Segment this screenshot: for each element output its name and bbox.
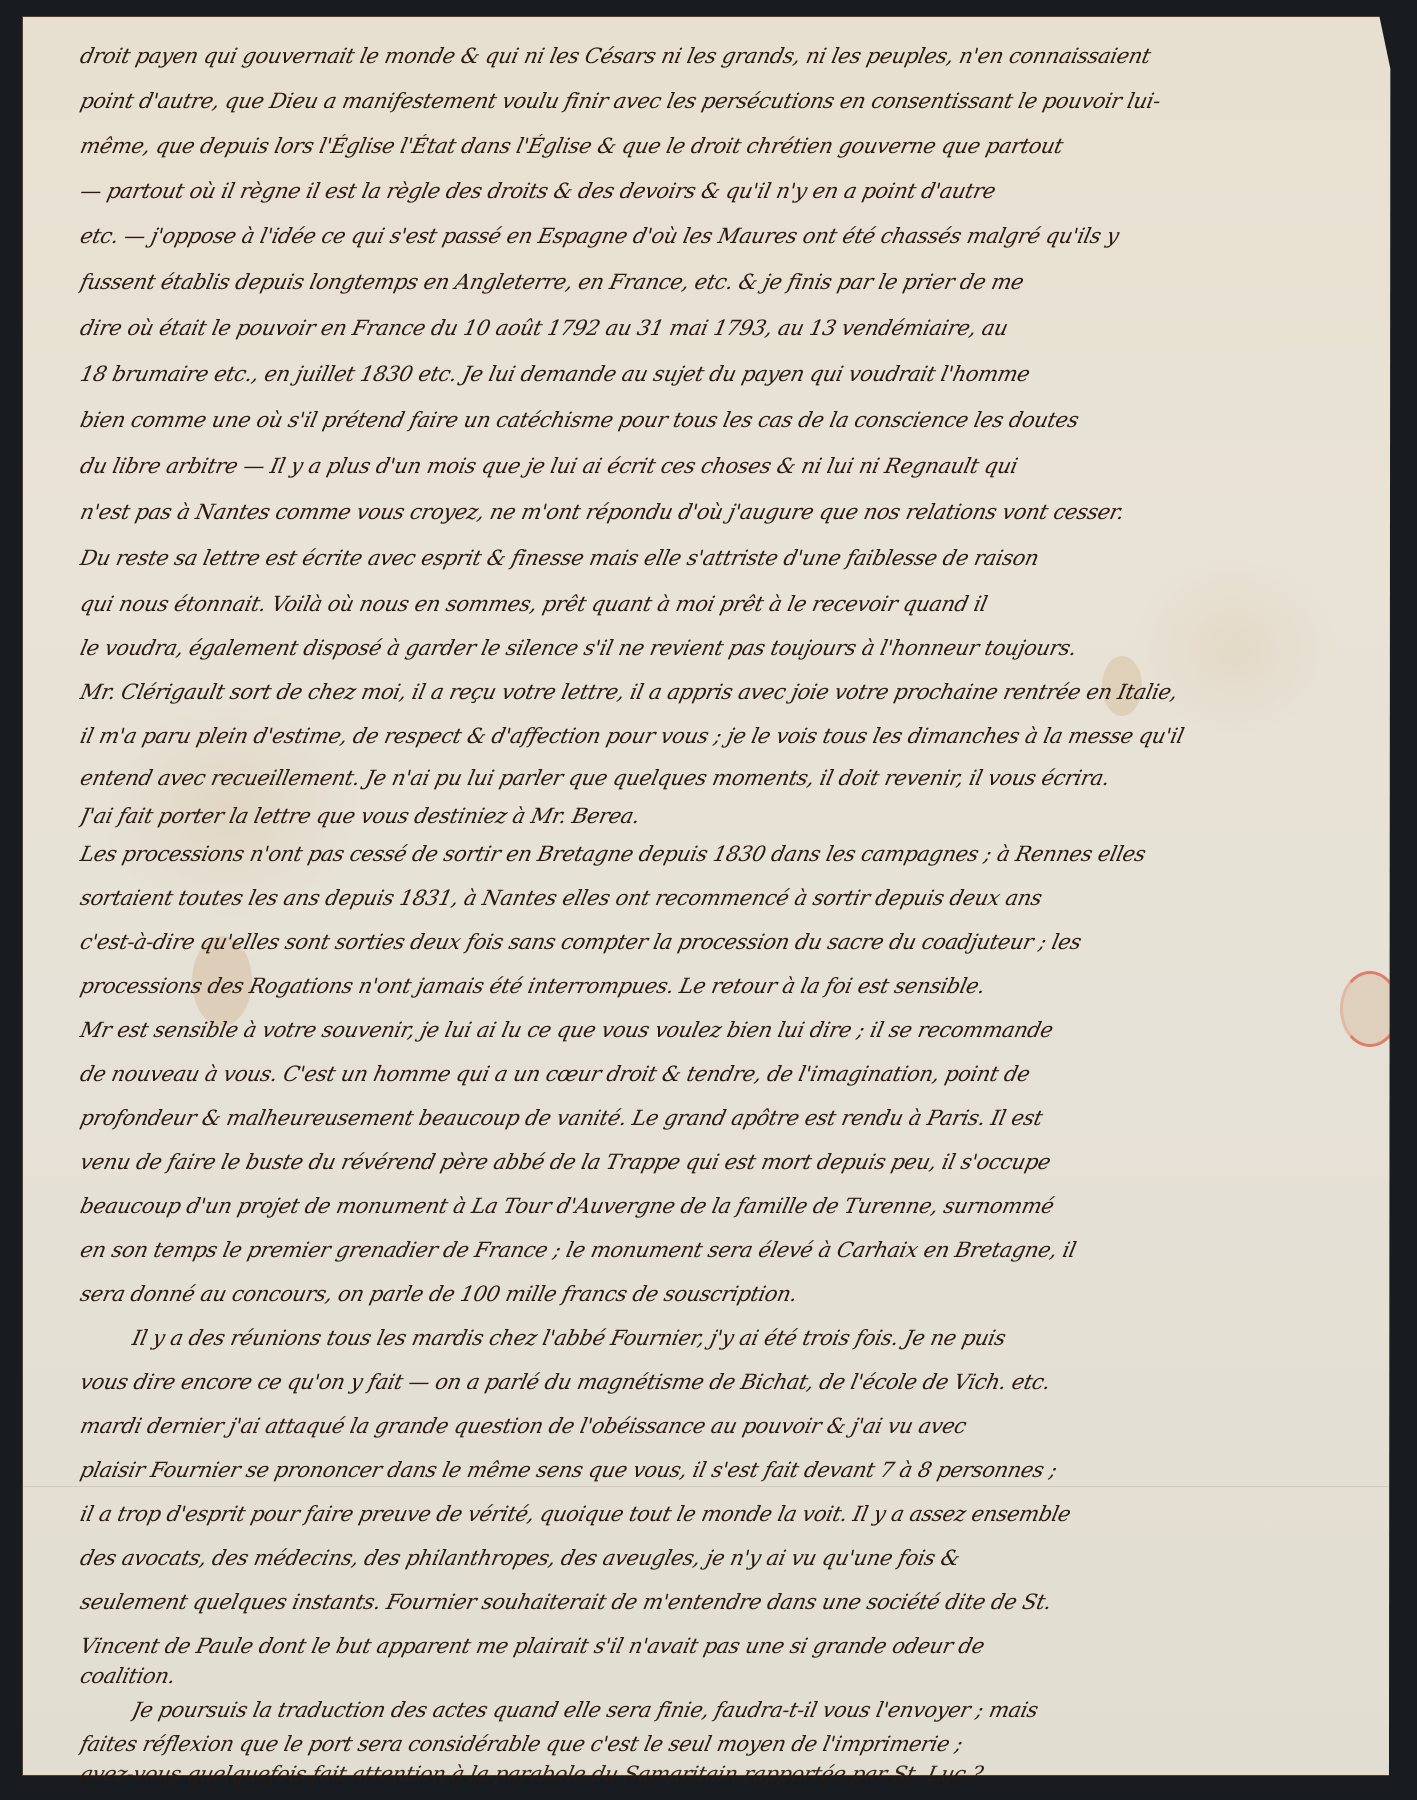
text-line: Il y a des réunions tous les mardis chez… (130, 1326, 1386, 1350)
text-line: avez-vous quelquefois fait attention à l… (78, 1762, 1386, 1786)
text-line: Du reste sa lettre est écrite avec espri… (78, 546, 1386, 570)
text-line: beaucoup d'un projet de monument à La To… (78, 1194, 1386, 1218)
text-line: sera donné au concours, on parle de 100 … (78, 1282, 1386, 1306)
text-line: vous dire encore ce qu'on y fait — on a … (78, 1370, 1386, 1394)
text-line: bien comme une où s'il prétend faire un … (78, 408, 1386, 432)
text-line: processions des Rogations n'ont jamais é… (78, 974, 1386, 998)
text-line: venu de faire le buste du révérend père … (78, 1150, 1386, 1174)
text-line: 18 brumaire etc., en juillet 1830 etc. J… (78, 362, 1386, 386)
text-line: Mr est sensible à votre souvenir, je lui… (78, 1018, 1386, 1042)
text-line: de nouveau à vous. C'est un homme qui a … (78, 1062, 1386, 1086)
text-line: sortaient toutes les ans depuis 1831, à … (78, 886, 1386, 910)
text-line: seulement quelques instants. Fournier so… (78, 1590, 1386, 1614)
text-line: J'ai fait porter la lettre que vous dest… (78, 804, 1386, 828)
text-line: mardi dernier j'ai attaqué la grande que… (78, 1414, 1386, 1438)
text-line: en son temps le premier grenadier de Fra… (78, 1238, 1386, 1262)
text-line: Les processions n'ont pas cessé de sorti… (78, 842, 1386, 866)
text-line: des avocats, des médecins, des philanthr… (78, 1546, 1386, 1570)
text-line: dire où était le pouvoir en France du 10… (78, 316, 1386, 340)
text-line: Vincent de Paule dont le but apparent me… (78, 1634, 1386, 1658)
text-line: c'est-à-dire qu'elles sont sorties deux … (78, 930, 1386, 954)
text-line: fussent établis depuis longtemps en Angl… (78, 270, 1386, 294)
text-line: entend avec recueillement. Je n'ai pu lu… (78, 766, 1386, 790)
text-line: profondeur & malheureusement beaucoup de… (78, 1106, 1386, 1130)
text-line: plaisir Fournier se prononcer dans le mê… (78, 1458, 1386, 1482)
text-line: n'est pas à Nantes comme vous croyez, ne… (78, 500, 1386, 524)
text-line: du libre arbitre — Il y a plus d'un mois… (78, 454, 1386, 478)
text-line: qui nous étonnait. Voilà où nous en somm… (78, 592, 1386, 616)
text-line: même, que depuis lors l'Église l'État da… (78, 134, 1386, 158)
text-line: Mr. Clérigault sort de chez moi, il a re… (78, 680, 1386, 704)
text-line: droit payen qui gouvernait le monde & qu… (78, 44, 1386, 68)
text-line: coalition. (78, 1664, 1386, 1688)
text-line: point d'autre, que Dieu a manifestement … (78, 89, 1386, 113)
handwritten-text-block: droit payen qui gouvernait le monde & qu… (0, 0, 1417, 1800)
text-line: le voudra, également disposé à garder le… (78, 636, 1386, 660)
text-line: il m'a paru plein d'estime, de respect &… (78, 724, 1386, 748)
text-line: Je poursuis la traduction des actes quan… (130, 1698, 1386, 1722)
text-line: faites réflexion que le port sera consid… (78, 1732, 1386, 1756)
text-line: etc. — j'oppose à l'idée ce qui s'est pa… (78, 224, 1386, 248)
text-line: il a trop d'esprit pour faire preuve de … (78, 1502, 1386, 1526)
text-line: — partout où il règne il est la règle de… (78, 179, 1386, 203)
